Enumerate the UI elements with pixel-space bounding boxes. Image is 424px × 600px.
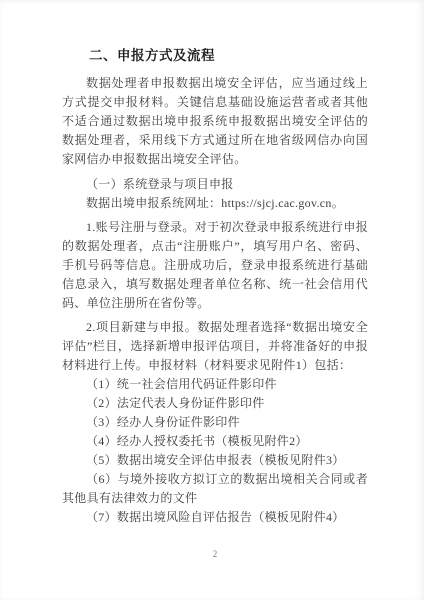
material-item-1: （1）统一社会信用代码证件影印件 bbox=[62, 375, 368, 394]
document-content: 二、申报方式及流程 数据处理者申报数据出境安全评估，应当通过线上方式提交申报材料… bbox=[62, 46, 368, 527]
step1-paragraph: 1.账号注册与登录。对于初次登录申报系统进行申报的数据处理者，点击“注册账户”，… bbox=[62, 218, 368, 313]
material-item-7: （7）数据出境风险自评估报告（模板见附件4） bbox=[62, 508, 368, 527]
material-item-6: （6）与境外接收方拟订立的数据出境相关合同或者其他具有法律效力的文件 bbox=[62, 470, 368, 508]
step2-paragraph: 2.项目新建与申报。数据处理者选择“数据出境安全评估”栏目，选择新增申报评估项目… bbox=[62, 318, 368, 375]
subsection-heading: （一）系统登录与项目申报 bbox=[62, 175, 368, 194]
intro-paragraph: 数据处理者申报数据出境安全评估，应当通过线上方式提交申报材料。关键信息基础设施运… bbox=[62, 74, 368, 169]
material-item-3: （3）经办人身份证件影印件 bbox=[62, 413, 368, 432]
page-number: 2 bbox=[62, 549, 368, 559]
document-page: 二、申报方式及流程 数据处理者申报数据出境安全评估，应当通过线上方式提交申报材料… bbox=[0, 0, 424, 600]
section-heading: 二、申报方式及流程 bbox=[62, 46, 368, 66]
material-item-5: （5）数据出境安全评估申报表（模板见附件3） bbox=[62, 451, 368, 470]
material-item-4: （4）经办人授权委托书（模板见附件2） bbox=[62, 432, 368, 451]
material-item-2: （2）法定代表人身份证件影印件 bbox=[62, 394, 368, 413]
website-line: 数据出境申报系统网址：https://sjcj.cac.gov.cn。 bbox=[62, 194, 368, 213]
